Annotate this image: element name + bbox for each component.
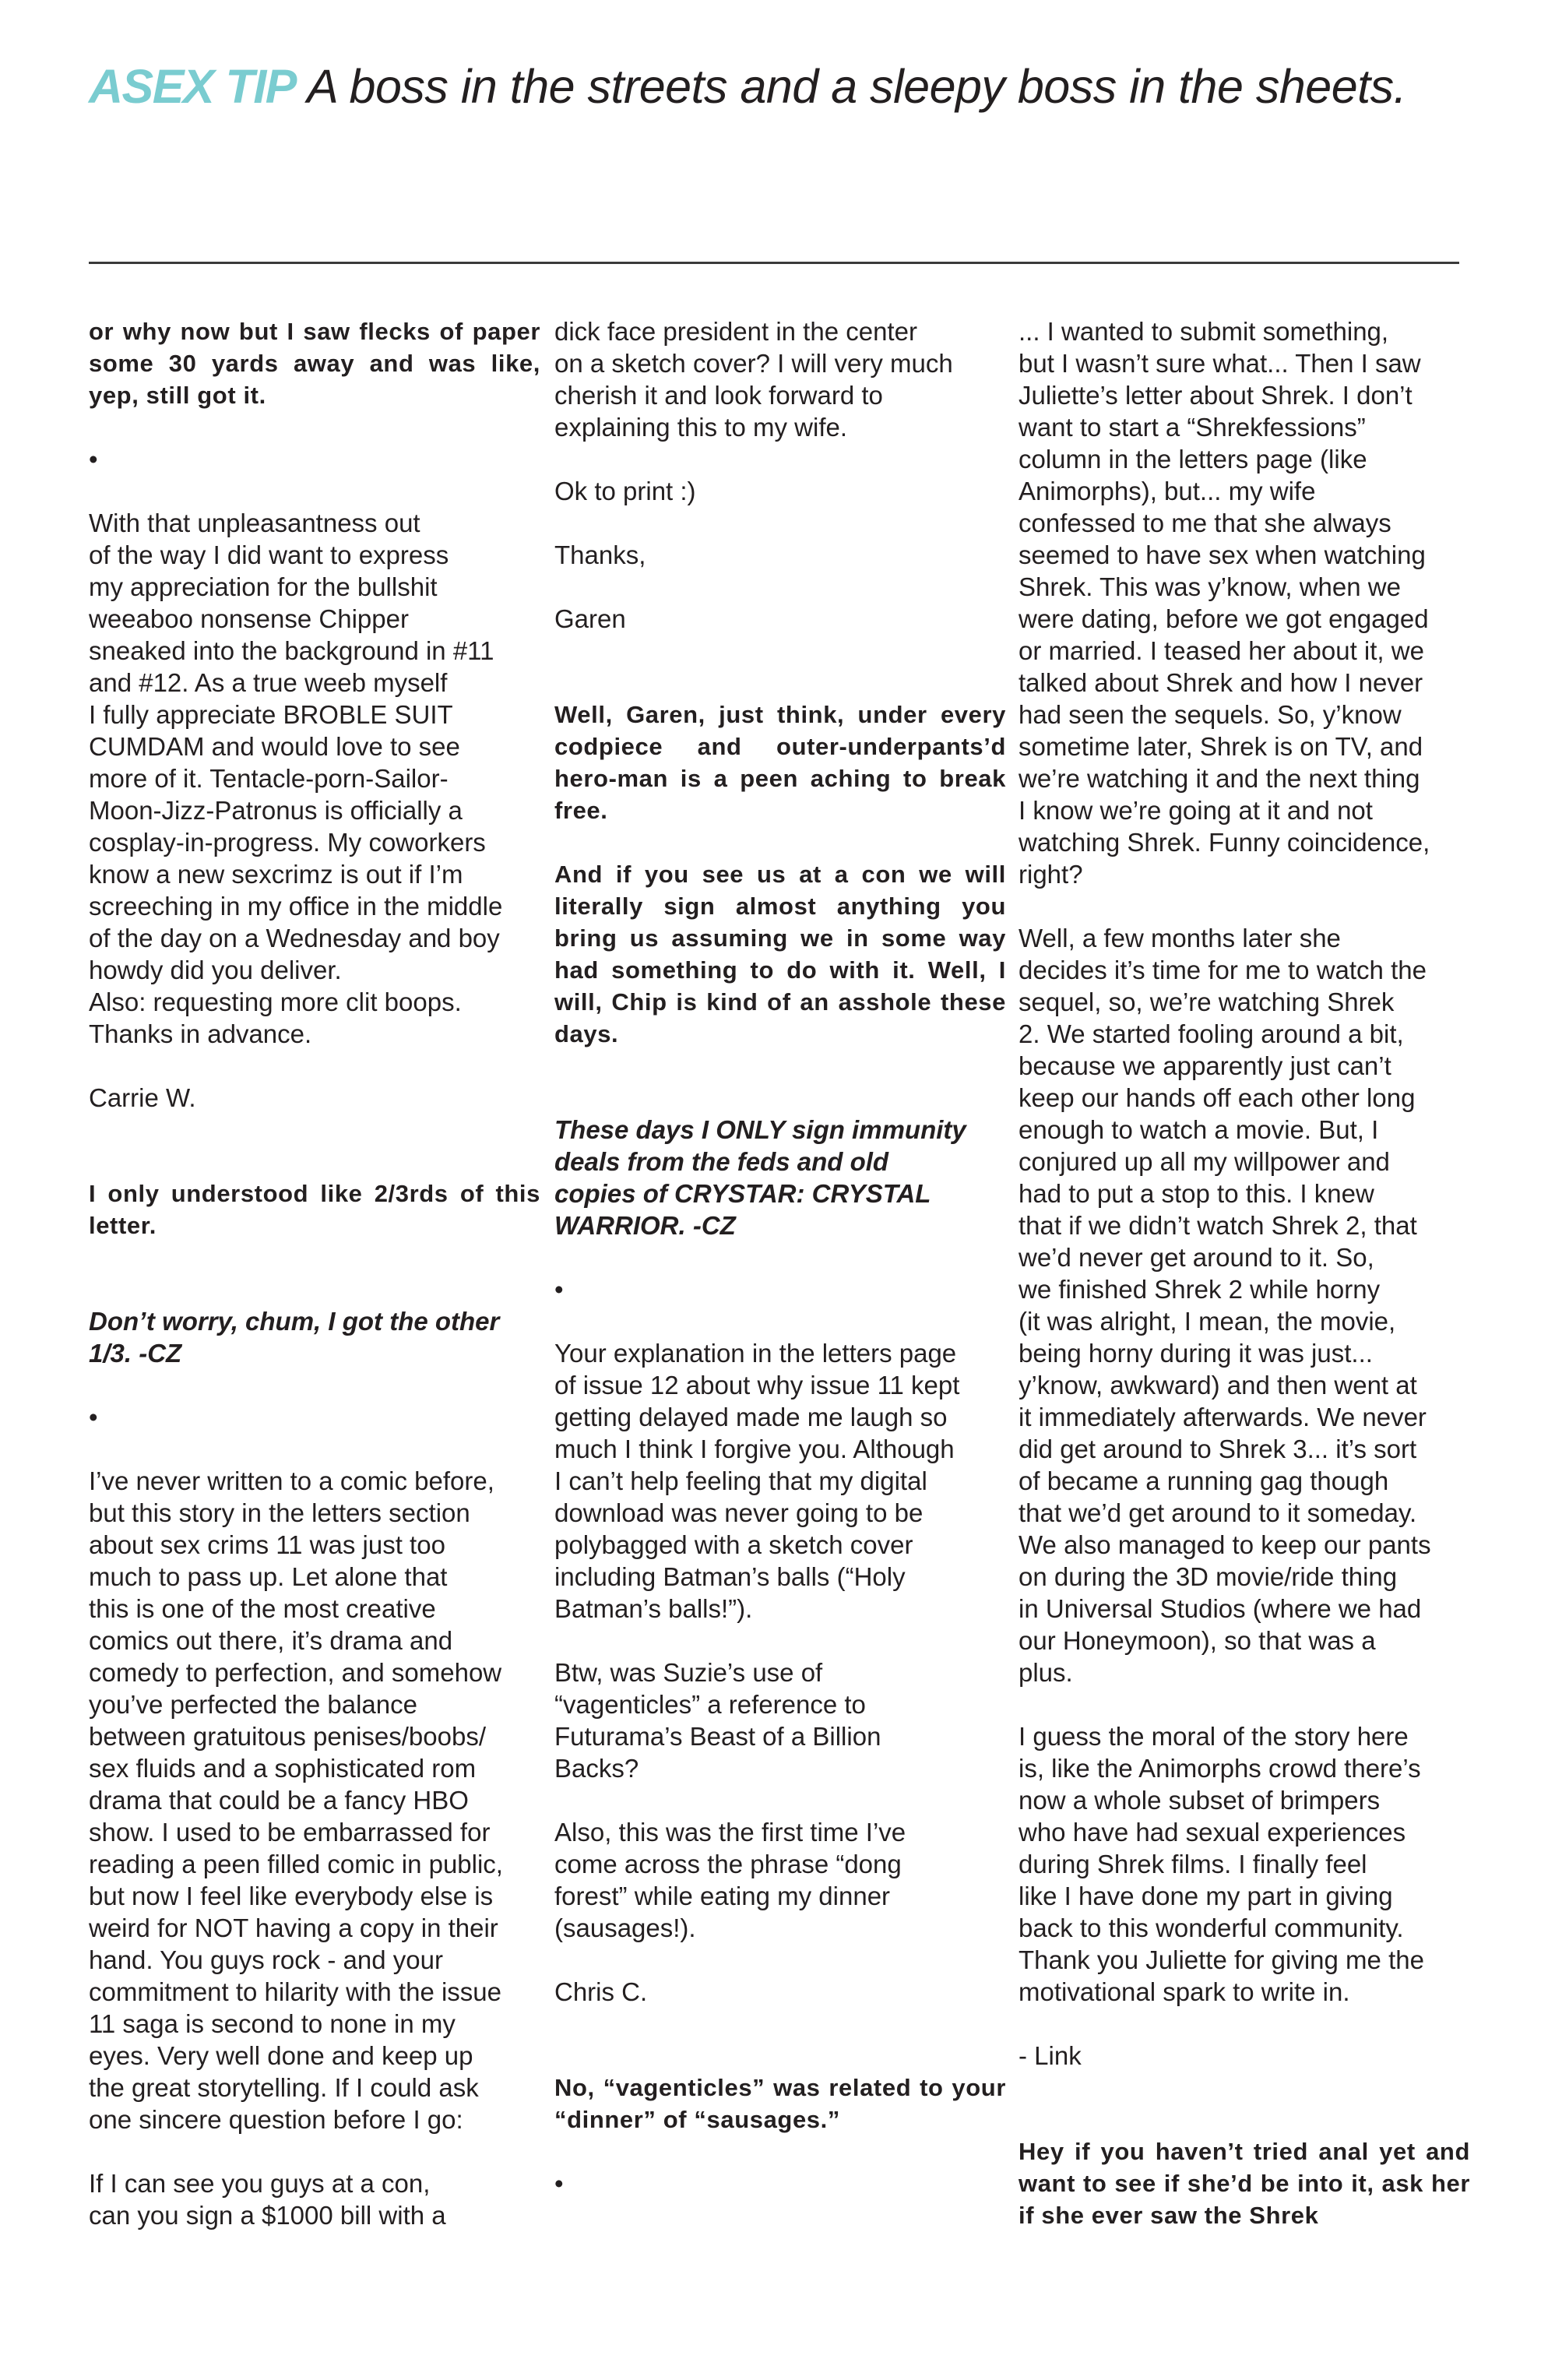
letters-columns: or why now but I saw flecks of paper som… (89, 315, 1459, 2247)
letter-paragraph: With that unpleasantness out of the way … (89, 507, 540, 1050)
letter-signature: - Link (1019, 2040, 1470, 2072)
cz-reply: Don’t worry, chum, I got the other 1/3. … (89, 1305, 540, 1369)
cz-reply: These days I ONLY sign immunity deals fr… (554, 1114, 1006, 1241)
letter-paragraph: Also, this was the first time I’ve come … (554, 1816, 1006, 1944)
column-left: or why now but I saw flecks of paper som… (89, 315, 540, 2263)
letter-paragraph: Thanks, (554, 539, 1006, 571)
letter-paragraph: Ok to print :) (554, 475, 1006, 507)
letter-paragraph: dick face president in the center on a s… (554, 315, 1006, 443)
editor-reply: Well, Garen, just think, under every cod… (554, 699, 1006, 826)
page-title: ASEX TIP A boss in the streets and a sle… (89, 61, 1459, 112)
letter-paragraph: ... I wanted to submit something, but I … (1019, 315, 1470, 890)
asex-tip-label: ASEX TIP (89, 60, 296, 113)
separator-bullet: • (89, 443, 540, 475)
letter-signature: Garen (554, 603, 1006, 635)
editor-reply: Hey if you haven’t tried anal yet and wa… (1019, 2135, 1470, 2231)
letter-paragraph: Your explanation in the letters page of … (554, 1337, 1006, 1625)
editor-reply: or why now but I saw flecks of paper som… (89, 315, 540, 411)
letter-paragraph: I guess the moral of the story here is, … (1019, 1720, 1470, 2008)
editor-reply: No, “vagenticles” was related to your “d… (554, 2072, 1006, 2135)
separator-bullet: • (554, 2167, 1006, 2199)
editor-reply: I only understood like 2/3rds of this le… (89, 1178, 540, 1241)
header-divider (89, 262, 1459, 264)
tip-text: A boss in the streets and a sleepy boss … (296, 60, 1406, 113)
letter-paragraph: I’ve never written to a comic before, bu… (89, 1465, 540, 2135)
letter-signature: Chris C. (554, 1976, 1006, 2008)
column-right: ... I wanted to submit something, but I … (1019, 315, 1470, 2263)
letter-paragraph: Well, a few months later she decides it’… (1019, 922, 1470, 1688)
editor-reply: And if you see us at a con we will liter… (554, 858, 1006, 1050)
separator-bullet: • (89, 1401, 540, 1433)
page-header: ASEX TIP A boss in the streets and a sle… (89, 61, 1459, 112)
letter-paragraph: If I can see you guys at a con, can you … (89, 2167, 540, 2231)
column-middle: dick face president in the center on a s… (554, 315, 1006, 2231)
letter-paragraph: Btw, was Suzie’s use of “vagenticles” a … (554, 1656, 1006, 1784)
separator-bullet: • (554, 1273, 1006, 1305)
letter-signature: Carrie W. (89, 1082, 540, 1114)
